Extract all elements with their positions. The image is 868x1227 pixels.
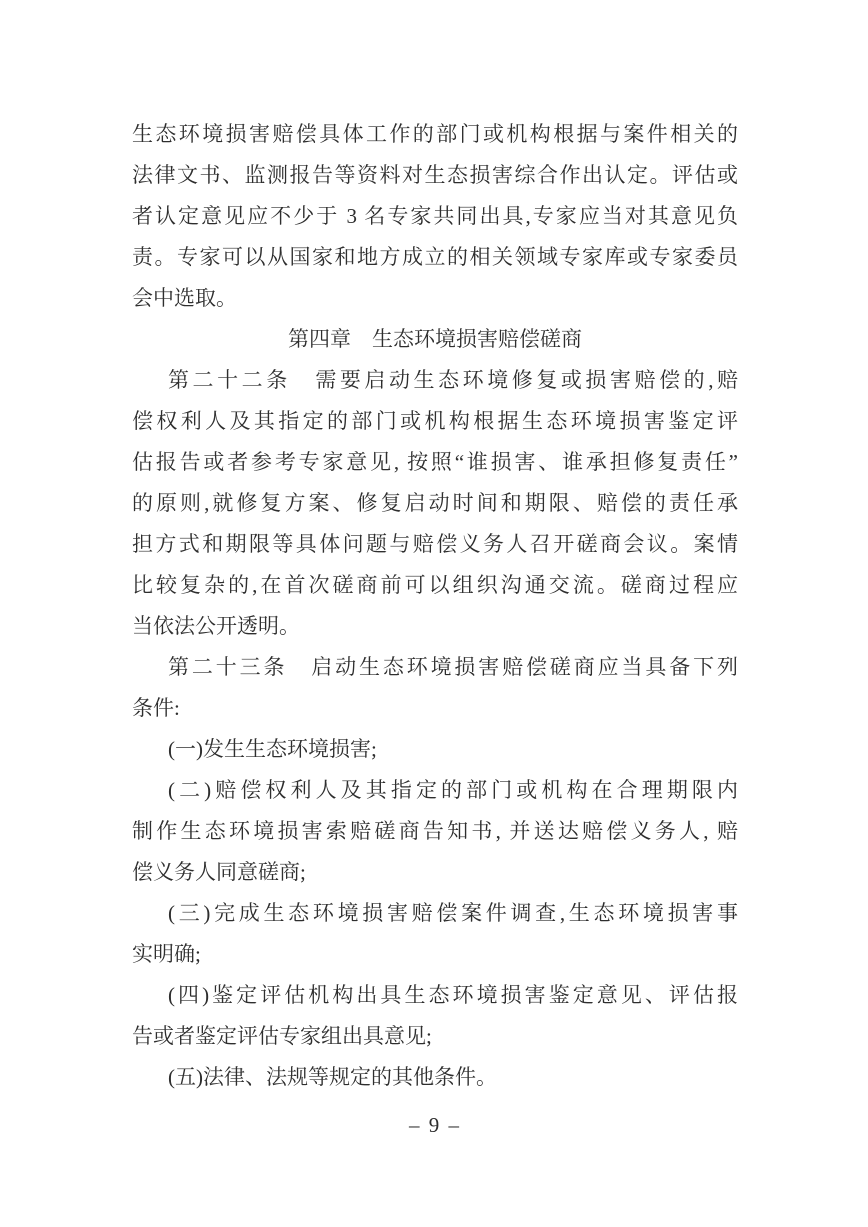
page-footer: – 9 – bbox=[132, 1098, 738, 1146]
body-line: 制作生态环境损害索赔磋商告知书, 并送达赔偿义务人, 赔 bbox=[132, 811, 738, 852]
body-line: 告或者鉴定评估专家组出具意见; bbox=[132, 1016, 738, 1057]
list-item-line: (五)法律、法规等规定的其他条件。 bbox=[132, 1057, 738, 1098]
body-line: 担方式和期限等具体问题与赔偿义务人召开磋商会议。案情 bbox=[132, 524, 738, 565]
body-line: 者认定意见应不少于 3 名专家共同出具,专家应当对其意见负 bbox=[132, 196, 738, 237]
body-line: 偿义务人同意磋商; bbox=[132, 852, 738, 893]
document-body: 生态环境损害赔偿具体工作的部门或机构根据与案件相关的法律文书、监测报告等资料对生… bbox=[132, 114, 738, 1098]
list-item-line: (四)鉴定评估机构出具生态环境损害鉴定意见、评估报 bbox=[132, 975, 738, 1016]
body-line: 会中选取。 bbox=[132, 278, 738, 319]
body-line: 偿权利人及其指定的部门或机构根据生态环境损害鉴定评 bbox=[132, 401, 738, 442]
list-item-line: (二)赔偿权利人及其指定的部门或机构在合理期限内 bbox=[132, 770, 738, 811]
body-line: 当依法公开透明。 bbox=[132, 606, 738, 647]
page-number: – 9 – bbox=[132, 1105, 738, 1146]
body-line: 法律文书、监测报告等资料对生态损害综合作出认定。评估或 bbox=[132, 155, 738, 196]
article-start-line: 第二十二条 需要启动生态环境修复或损害赔偿的,赔 bbox=[132, 360, 738, 401]
body-line: 生态环境损害赔偿具体工作的部门或机构根据与案件相关的 bbox=[132, 114, 738, 155]
body-line: 比较复杂的,在首次磋商前可以组织沟通交流。磋商过程应 bbox=[132, 565, 738, 606]
body-line: 条件: bbox=[132, 688, 738, 729]
body-line: 估报告或者参考专家意见, 按照“谁损害、谁承担修复责任” bbox=[132, 442, 738, 483]
body-line: 实明确; bbox=[132, 934, 738, 975]
document-page: 生态环境损害赔偿具体工作的部门或机构根据与案件相关的法律文书、监测报告等资料对生… bbox=[0, 0, 868, 1227]
list-item-line: (一)发生生态环境损害; bbox=[132, 729, 738, 770]
article-start-line: 第二十三条 启动生态环境损害赔偿磋商应当具备下列 bbox=[132, 647, 738, 688]
list-item-line: (三)完成生态环境损害赔偿案件调查,生态环境损害事 bbox=[132, 893, 738, 934]
body-line: 责。专家可以从国家和地方成立的相关领域专家库或专家委员 bbox=[132, 237, 738, 278]
chapter-heading: 第四章 生态环境损害赔偿磋商 bbox=[132, 319, 738, 360]
body-line: 的原则,就修复方案、修复启动时间和期限、赔偿的责任承 bbox=[132, 483, 738, 524]
